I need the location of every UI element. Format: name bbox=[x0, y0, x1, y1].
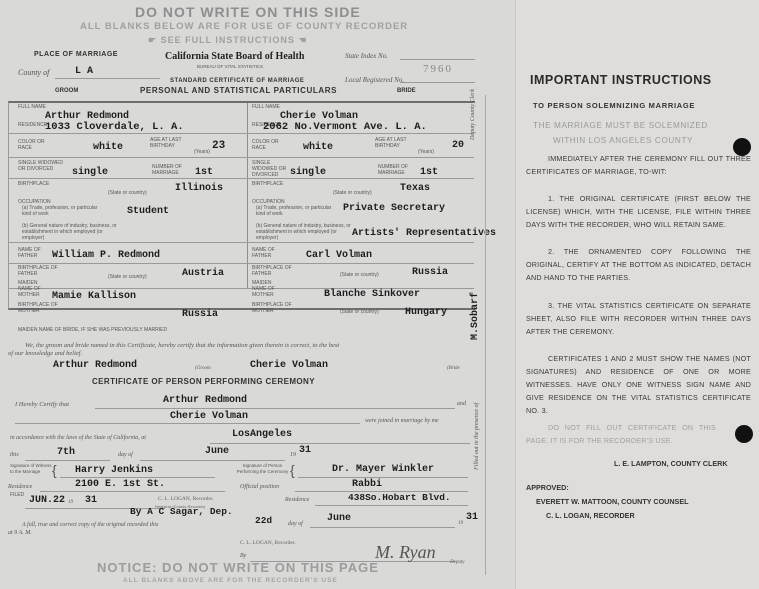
bride-age: 20 bbox=[452, 140, 464, 151]
bride-occ-b-label: (b) General nature of industry, business… bbox=[256, 223, 351, 241]
copy-text: A full, true and correct copy of the ori… bbox=[22, 522, 158, 528]
groom-mother-label: MAIDEN NAME OF MOTHER bbox=[18, 280, 48, 298]
bride-father-birthplace: Russia bbox=[412, 267, 448, 278]
bride-marital-label: SINGLE WIDOWED OR DIVORCED bbox=[252, 160, 292, 178]
groom-father-birth-label: BIRTHPLACE OF FATHER bbox=[18, 265, 58, 277]
state-index-label: State Index No. bbox=[345, 52, 388, 60]
ceremony-title: CERTIFICATE OF PERSON PERFORMING CEREMON… bbox=[92, 377, 315, 386]
day-of-label: day of bbox=[118, 452, 133, 458]
groom-full-name-label: FULL NAME bbox=[18, 104, 46, 110]
performer-residence: 438So.Hobart Blvd. bbox=[348, 492, 451, 503]
groom-occupation: Student bbox=[127, 206, 169, 217]
groom-mother: Mamie Kallison bbox=[52, 291, 136, 302]
instructions-p0: IMMEDIATELY AFTER THE CEREMONY FILL OUT … bbox=[526, 152, 751, 178]
county-counsel: EVERETT W. MATTOON, COUNTY COUNSEL bbox=[536, 497, 689, 506]
bride-state-country-label: (State or country) bbox=[333, 190, 372, 196]
binder-hole-icon bbox=[733, 138, 751, 156]
groom-birthplace: Illinois bbox=[175, 183, 223, 194]
instructions-panel: IMPORTANT INSTRUCTIONS TO PERSON SOLEMNI… bbox=[515, 0, 759, 589]
instructions-p3: 3. THE VITAL STATISTICS CERTIFICATE ON S… bbox=[526, 299, 751, 338]
bride-mother-label: MAIDEN NAME OF MOTHER bbox=[252, 280, 282, 298]
copy-day: 22d bbox=[255, 515, 272, 526]
performer-residence-label: Residence bbox=[285, 497, 309, 503]
witness-residence: 2100 E. 1st St. bbox=[75, 479, 165, 490]
copy-day-of-label: day of bbox=[288, 521, 303, 527]
local-registered-value: 7960 bbox=[423, 63, 453, 75]
deputy-by: By A C Sagar, Dep. bbox=[130, 506, 233, 517]
groom-color: white bbox=[93, 142, 123, 153]
attest-text-1: We, the groom and bride named in this Ce… bbox=[25, 342, 339, 349]
groom-signature: Arthur Redmond bbox=[53, 360, 137, 371]
filed-label: FILED bbox=[10, 492, 24, 498]
instructions-notice-2: WITHIN LOS ANGELES COUNTY bbox=[553, 136, 693, 145]
bride-number-marriage: 1st bbox=[420, 167, 438, 178]
groom-father-state-label: (State or country) bbox=[108, 274, 147, 280]
groom-father: William P. Redmond bbox=[52, 250, 160, 261]
filed-year-prefix: 19 bbox=[68, 500, 73, 505]
groom-sig-label: (Groom bbox=[195, 366, 211, 371]
bureau-label: BUREAU OF VITAL STATISTICS bbox=[197, 64, 263, 69]
groom-label: GROOM bbox=[55, 88, 78, 94]
groom-residence-label: RESIDENCE bbox=[18, 122, 47, 128]
maiden-bride-label: MAIDEN NAME OF BRIDE, IF SHE WAS PREVIOU… bbox=[18, 327, 198, 333]
groom-marital: single bbox=[72, 167, 108, 178]
bride-age-label: AGE AT LAST BIRTHDAY bbox=[375, 137, 420, 149]
bride-father: Carl Volman bbox=[306, 250, 372, 261]
accordance-label: in accordance with the laws of the State… bbox=[10, 435, 146, 441]
bride-number-marriage-label: NUMBER OF MARRIAGE bbox=[378, 164, 418, 176]
copy-year: 31 bbox=[466, 512, 478, 523]
bride-occupation: Private Secretary bbox=[343, 203, 445, 214]
board-of-health: California State Board of Health bbox=[165, 51, 304, 62]
bride-color: white bbox=[303, 142, 333, 153]
bride-birthplace: Texas bbox=[400, 183, 430, 194]
ceremony-place: LosAngeles bbox=[232, 429, 292, 440]
groom-birthplace-label: BIRTHPLACE bbox=[18, 181, 49, 187]
bride-father-state-label: (State or country) bbox=[340, 272, 379, 278]
copy-year-prefix: 19 bbox=[458, 521, 463, 526]
instructions-p5: DO NOT FILL OUT CERTIFICATE ON THIS PAGE… bbox=[526, 421, 716, 447]
brace-icon: { bbox=[52, 462, 57, 478]
bride-mother-birth-label: BIRTHPLACE OF MOTHER bbox=[252, 302, 292, 314]
attest-text-2: of our knowledge and belief. bbox=[8, 350, 82, 357]
this-label: this bbox=[10, 452, 19, 458]
groom-residence: 1033 Cloverdale, L. A. bbox=[45, 121, 184, 133]
groom-age: 23 bbox=[212, 140, 225, 152]
instructions-title: IMPORTANT INSTRUCTIONS bbox=[530, 73, 712, 87]
performer-name: Dr. Mayer Winkler bbox=[332, 464, 434, 475]
page-header-title: DO NOT WRITE ON THIS SIDE bbox=[135, 4, 361, 20]
see-instructions: ☛ SEE FULL INSTRUCTIONS ☚ bbox=[148, 35, 308, 46]
page-header-subtitle: ALL BLANKS BELOW ARE FOR USE OF COUNTY R… bbox=[80, 21, 408, 32]
witness-name: Harry Jenkins bbox=[75, 465, 153, 476]
groom-color-label: COLOR OR RACE bbox=[18, 139, 58, 151]
recorder-2: C. L. LOGAN, Recorder. bbox=[240, 540, 296, 546]
groom-years-label: (Years) bbox=[194, 149, 210, 155]
bride-sig-label: (Bride bbox=[447, 366, 460, 371]
groom-occ-b-label: (b) General nature of industry, business… bbox=[22, 223, 117, 241]
bride-residence: 2062 No.Vermont Ave. L. A. bbox=[263, 121, 427, 133]
local-registered-label: Local Registered No. bbox=[345, 76, 404, 84]
bride-occ-a-label: (a) Trade, profession, or particular kin… bbox=[256, 205, 336, 217]
ceremony-person2: Cherie Volman bbox=[170, 411, 248, 422]
brace-icon: { bbox=[290, 462, 295, 478]
groom-father-birthplace: Austria bbox=[182, 268, 224, 279]
and-label: and bbox=[457, 401, 466, 407]
copy-month: June bbox=[327, 513, 351, 524]
place-of-marriage-label: PLACE OF MARRIAGE bbox=[34, 51, 118, 58]
groom-age-label: AGE AT LAST BIRTHDAY bbox=[150, 137, 195, 149]
footer-notice: NOTICE: DO NOT WRITE ON THIS PAGE bbox=[97, 560, 379, 575]
deputy-signature: M. Ryan bbox=[375, 542, 436, 563]
footer-sub: ALL BLANKS ABOVE ARE FOR THE RECORDER'S … bbox=[123, 577, 338, 584]
pointing-hand-icon: ☚ bbox=[295, 35, 308, 45]
presence-side-label: Filled out in the presence of bbox=[474, 403, 480, 470]
joined-label: were joined in marriage by me bbox=[365, 418, 439, 424]
groom-mother-birthplace: Russia bbox=[182, 309, 218, 320]
official-position: Rabbi bbox=[352, 479, 382, 490]
approved-label: APPROVED: bbox=[526, 483, 569, 492]
instructions-notice-1: THE MARRIAGE MUST BE SOLEMNIZED bbox=[533, 121, 708, 130]
county-value: L A bbox=[75, 66, 93, 77]
county-label: County of bbox=[18, 68, 49, 77]
groom-father-label: NAME OF FATHER bbox=[18, 247, 48, 259]
bride-marital: single bbox=[290, 167, 326, 178]
recorder: C. L. LOGAN, RECORDER bbox=[546, 511, 635, 520]
bride-birthplace-label: BIRTHPLACE bbox=[252, 181, 283, 187]
groom-state-country-label: (State or country) bbox=[108, 190, 147, 196]
year-prefix: 19 bbox=[290, 452, 296, 458]
record-time: at 9 A. M. bbox=[8, 530, 32, 536]
groom-occ-a-label: (a) Trade, profession, or particular kin… bbox=[22, 205, 102, 217]
groom-number-marriage: 1st bbox=[195, 167, 213, 178]
groom-mother-birth-label: BIRTHPLACE OF MOTHER bbox=[18, 302, 58, 314]
witness-label: Signature of Witness to the Marriage bbox=[10, 463, 52, 475]
bride-years-label: (Years) bbox=[418, 149, 434, 155]
bride-industry: Artists' Representatives bbox=[352, 228, 496, 239]
official-position-label: Official position bbox=[240, 484, 279, 490]
groom-number-marriage-label: NUMBER OF MARRIAGE bbox=[152, 164, 192, 176]
groom-marital-label: SINGLE WIDOWED OR DIVORCED bbox=[18, 160, 63, 172]
binder-hole-icon bbox=[735, 425, 753, 443]
bride-mother-birthplace: Hungary bbox=[405, 307, 447, 318]
filed-year: 31 bbox=[85, 495, 97, 506]
witness-residence-label: Residence bbox=[8, 484, 32, 490]
bride-color-label: COLOR OR RACE bbox=[252, 139, 292, 151]
bride-mother-state-label: (State or country) bbox=[340, 309, 379, 315]
ceremony-person1: Arthur Redmond bbox=[163, 395, 247, 406]
bride-label: BRIDE bbox=[397, 88, 416, 94]
bride-signature: Cherie Volman bbox=[250, 360, 328, 371]
ceremony-month: June bbox=[205, 446, 229, 457]
instructions-p4: CERTIFICATES 1 AND 2 MUST SHOW THE NAMES… bbox=[526, 352, 751, 417]
instructions-subtitle: TO PERSON SOLEMNIZING MARRIAGE bbox=[533, 101, 695, 110]
county-clerk: L. E. LAMPTON, COUNTY CLERK bbox=[614, 459, 728, 468]
ceremony-year: 31 bbox=[299, 445, 311, 456]
deputy-clerk-side-label: Deputy County Clerk bbox=[470, 89, 476, 140]
pointing-hand-icon: ☛ bbox=[148, 35, 161, 45]
instructions-p1: 1. THE ORIGINAL CERTIFICATE (FIRST BELOW… bbox=[526, 192, 751, 231]
filed-date: JUN.22 bbox=[29, 495, 65, 506]
ceremony-day: 7th bbox=[57, 447, 75, 458]
recorder-stamp: C. L. LOGAN, Recorder. bbox=[158, 496, 214, 502]
bride-father-label: NAME OF FATHER bbox=[252, 247, 282, 259]
bride-full-name-label: FULL NAME bbox=[252, 104, 280, 110]
instructions-p2: 2. THE ORNAMENTED COPY FOLLOWING THE ORI… bbox=[526, 245, 751, 284]
bride-mother: Blanche Sinkover bbox=[324, 289, 420, 300]
standard-cert-label: STANDARD CERTIFICATE OF MARRIAGE bbox=[170, 78, 304, 84]
performer-label: Signature of Person Performing the Cerem… bbox=[235, 463, 290, 475]
certify-label: I Hereby Certify that bbox=[15, 401, 69, 408]
bride-father-birth-label: BIRTHPLACE OF FATHER bbox=[252, 265, 292, 277]
particulars-label: PERSONAL AND STATISTICAL PARTICULARS bbox=[140, 86, 337, 95]
side-signer: M.Sobarf bbox=[470, 292, 481, 340]
by-2-label: By bbox=[240, 553, 246, 559]
deputy-label: Deputy bbox=[450, 560, 464, 565]
